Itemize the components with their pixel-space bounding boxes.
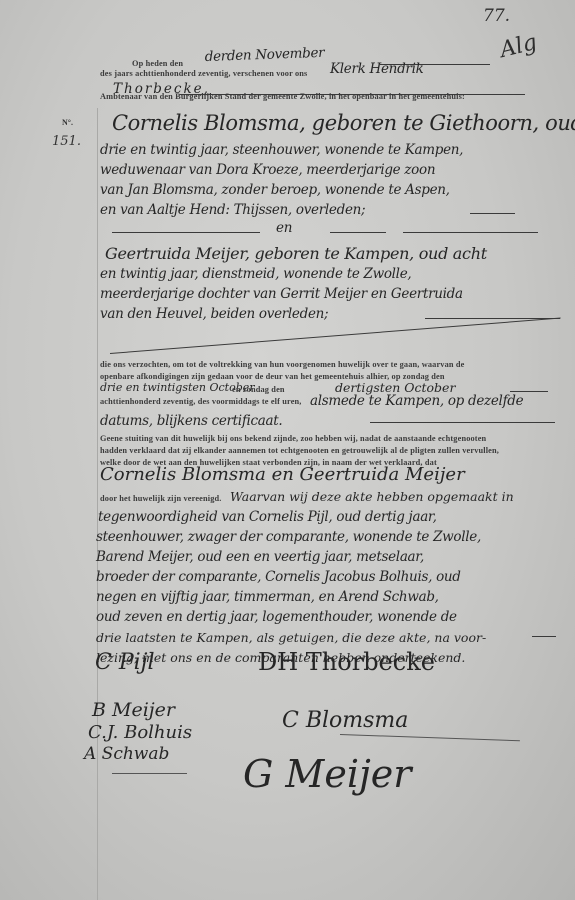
signature-groom-blomsma: C Blomsma — [282, 708, 408, 733]
declaration-print-2: hadden verklaard dat zij elkander aannem… — [100, 446, 499, 455]
signature-flourish — [340, 734, 520, 741]
witness-line-3: steenhouwer, zwager der comparante, wone… — [96, 529, 481, 545]
declaration-print-1: Geene stuiting van dit huwelijk bij ons … — [100, 434, 486, 443]
declaration-print-4: door het huwelijk zijn vereenigd. — [100, 494, 222, 503]
connector-en: en — [276, 220, 292, 236]
signature-witness-pijl: C Pijl — [95, 650, 155, 675]
witness-line-4: Barend Meijer, oud een en veertig jaar, … — [96, 549, 424, 565]
opening-print-2: des jaars achttienhonderd zeventig, vers… — [100, 69, 307, 78]
signature-official-thorbecke: DH Thorbecke — [258, 648, 435, 676]
groom-line-2: drie en twintig jaar, steenhouwer, wonen… — [100, 142, 463, 158]
fill-line — [403, 232, 538, 233]
fill-line — [330, 232, 386, 233]
signature-bride-meijer: G Meijer — [243, 752, 411, 796]
official-name-1: Klerk Hendrik — [330, 61, 423, 77]
groom-line-4: van Jan Blomsma, zonder beroep, wonende … — [100, 182, 450, 198]
bride-line-1: Geertruida Meijer, geboren te Kampen, ou… — [105, 244, 487, 263]
fill-line — [370, 422, 555, 423]
closing-stroke — [110, 318, 561, 354]
fill-line — [532, 636, 556, 637]
opening-print-1: Op heden den — [132, 59, 183, 68]
page-number: 77. — [483, 6, 510, 26]
bride-line-4: van den Heuvel, beiden overleden; — [100, 306, 328, 322]
bride-line-2: en twintig jaar, dienstmeid, wonende te … — [100, 266, 411, 282]
witness-line-5: broeder der comparante, Cornelis Jacobus… — [96, 569, 461, 585]
fill-line — [470, 213, 515, 214]
margin-rule — [97, 108, 98, 900]
signature-witness-bolhuis: C.J. Bolhuis — [88, 722, 192, 743]
witness-line-8: drie laatsten te Kampen, als getuigen, d… — [96, 630, 486, 645]
proclamation-print-4: achttienhonderd zeventig, des voormiddag… — [100, 397, 302, 406]
groom-line-3: weduwenaar van Dora Kroeze, meerderjarig… — [100, 162, 435, 178]
witness-line-7: oud zeven en dertig jaar, logementhouder… — [96, 609, 457, 625]
witness-line-2: tegenwoordigheid van Cornelis Pijl, oud … — [98, 509, 437, 525]
fill-line — [112, 232, 260, 233]
witness-line-1: Waarvan wij deze akte hebben opgemaakt i… — [230, 489, 514, 504]
opening-date: derden November — [204, 45, 324, 65]
proclamation-cont-2: datums, blijkens certificaat. — [100, 413, 282, 429]
record-number-label: N°. — [62, 118, 73, 127]
groom-line-5: en van Aaltje Hend: Thijssen, overleden; — [100, 202, 365, 218]
opening-print-3: Ambtenaar van den Burgerlijken Stand der… — [100, 92, 465, 101]
witness-line-6: negen en vijftig jaar, timmerman, en Are… — [96, 589, 439, 605]
bride-line-3: meerderjarige dochter van Gerrit Meijer … — [100, 286, 463, 302]
signature-underline — [112, 773, 187, 774]
record-number: 151. — [52, 134, 81, 149]
official-paraph: Alg — [498, 30, 540, 63]
proclamation-print-1: die ons verzochten, om tot de voltrekkin… — [100, 360, 465, 369]
proclamation-cont-1: alsmede te Kampen, op dezelfde — [310, 393, 523, 409]
proclamation-print-3: en zondag den — [232, 385, 285, 394]
marriage-record-page: 77. Alg N°. 151. Op heden den derden Nov… — [0, 0, 575, 900]
signature-witness-meijer: B Meijer — [92, 699, 175, 721]
fill-line — [510, 391, 548, 392]
signature-witness-schwab: A Schwab — [84, 744, 169, 764]
groom-line-1: Cornelis Blomsma, geboren te Giethoorn, … — [112, 111, 575, 135]
couple-names: Cornelis Blomsma en Geertruida Meijer — [100, 464, 465, 485]
